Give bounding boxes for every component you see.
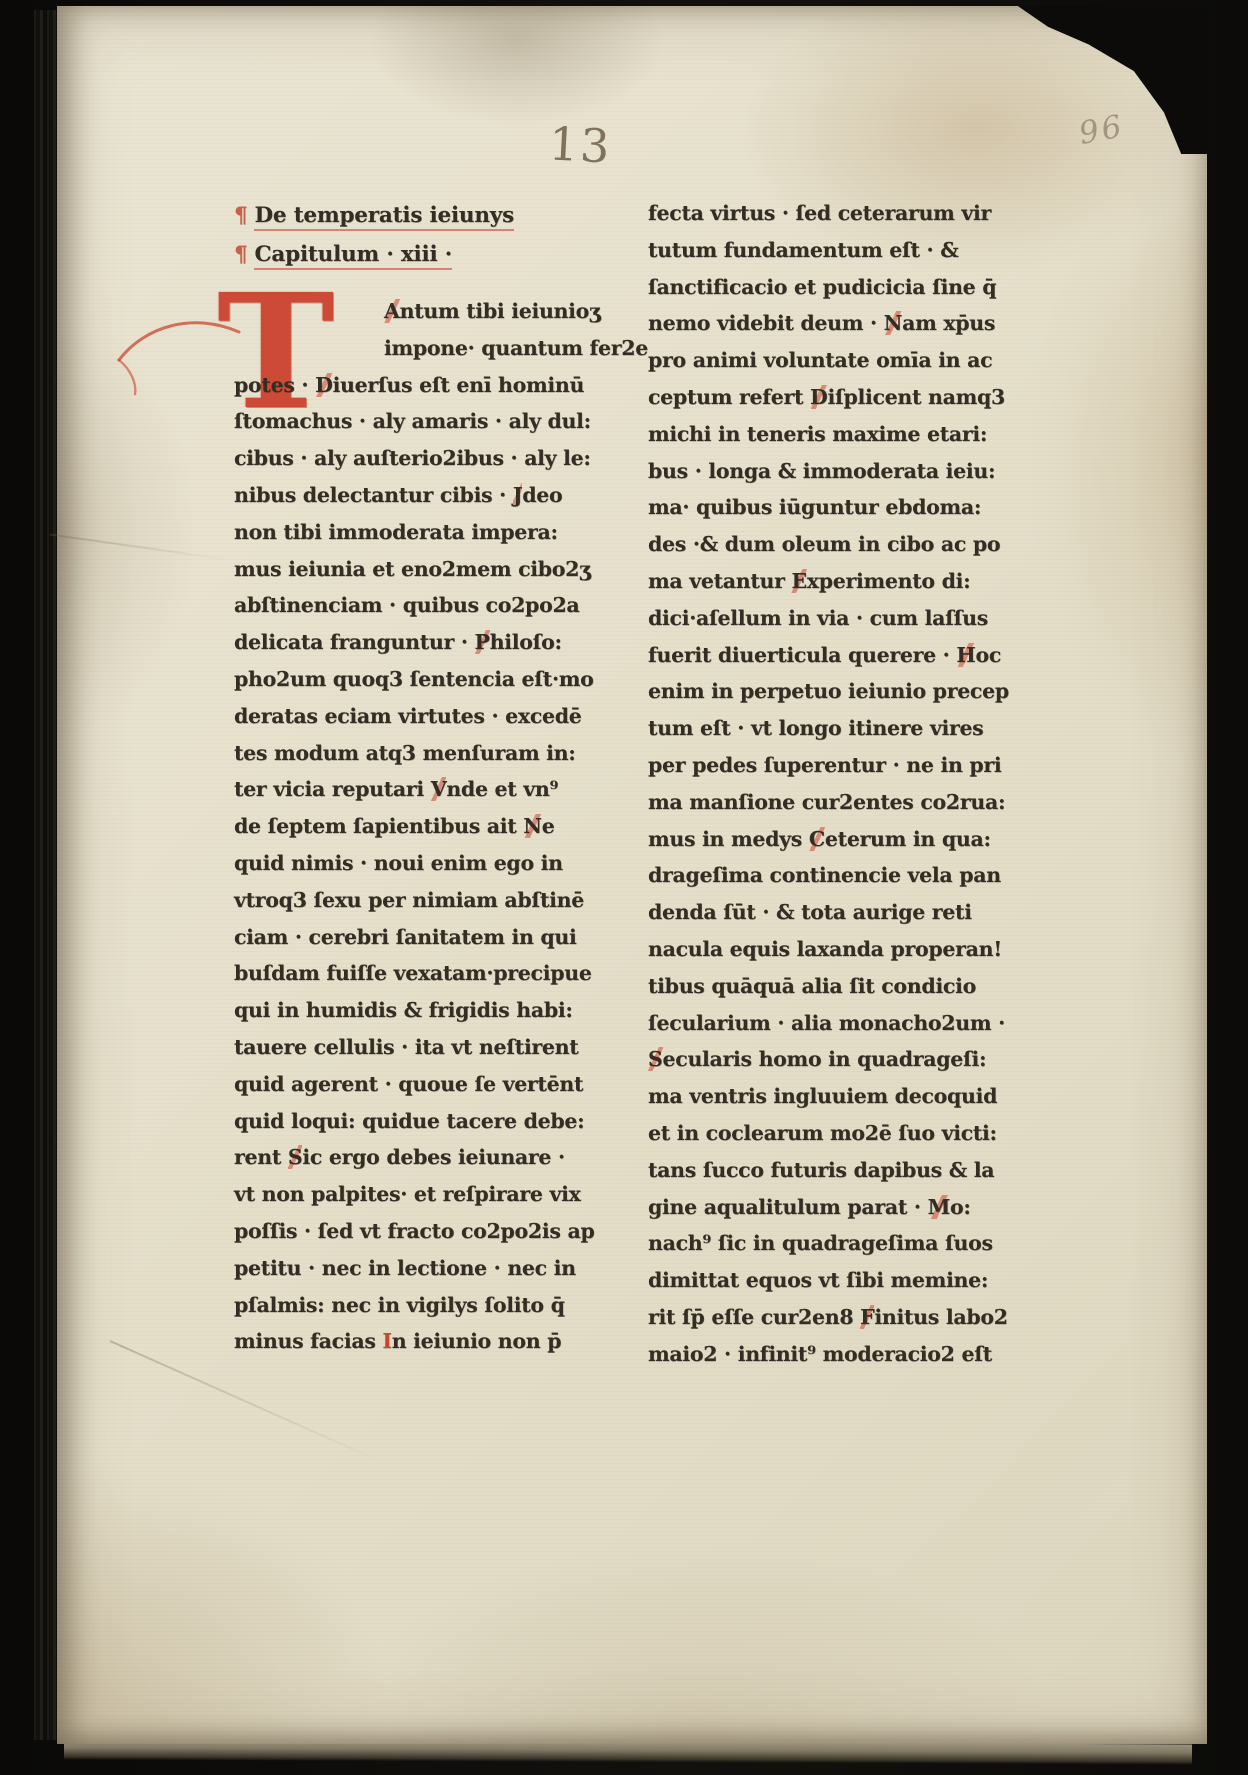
- text-segment: eterum in qua:: [825, 827, 991, 851]
- text-line: tans ſucco futuris dapibus & la: [648, 1152, 1009, 1189]
- manuscript-page: 13 96 ¶De temperatis ieiunys ¶Capitulum …: [57, 6, 1207, 1744]
- text-segment: mus ieiunia et eno2mem cibo2ʒ: [234, 557, 591, 581]
- text-segment: oc: [975, 643, 1001, 667]
- text-segment: poſſis · ſed vt fracto co2po2is ap: [234, 1219, 594, 1243]
- text-line: Antum tibi ieiunioʒ: [384, 293, 648, 330]
- text-segment: tes modum atq3 menſuram in:: [234, 741, 576, 765]
- text-line: pſalmis: nec in vigilys ſolito q̄: [234, 1287, 648, 1324]
- text-line: bus · longa & immoderata ieiu:: [648, 453, 1009, 490]
- text-line: impone· quantum fer2e: [384, 330, 648, 367]
- text-line: buſdam fuiſſe vexatam·precipue: [234, 955, 648, 992]
- heading-line-1: ¶De temperatis ieiunys: [234, 196, 514, 235]
- text-line: petitu · nec in lectione · nec in: [234, 1250, 648, 1287]
- text-line: maio2 · infinit⁹ moderacio2 eſt: [648, 1336, 1009, 1373]
- text-segment: pſalmis: nec in vigilys ſolito q̄: [234, 1293, 565, 1317]
- text-segment: e: [542, 814, 555, 838]
- text-segment: tibus quāquā alia ſit condicio: [648, 974, 976, 998]
- text-segment: tum eſt · vt longo itinere vires: [648, 716, 983, 740]
- text-segment: deratas eciam virtutes · excedē: [234, 704, 582, 728]
- rubricated-letter: N: [884, 311, 902, 335]
- text-line: minus facias In ieiunio non p̄: [234, 1323, 648, 1360]
- text-segment: buſdam fuiſſe vexatam·precipue: [234, 961, 592, 985]
- page-stack-edge-left: [34, 10, 58, 1740]
- text-segment: quid nimis · noui enim ego in: [234, 851, 563, 875]
- photograph-background: 13 96 ¶De temperatis ieiunys ¶Capitulum …: [0, 0, 1248, 1775]
- heading-text: De temperatis ieiunys: [254, 203, 514, 231]
- text-segment: nemo videbit deum ·: [648, 311, 884, 335]
- text-line: qui in humidis & frigidis habi:: [234, 992, 648, 1029]
- paragraph-mark-icon: ¶: [234, 203, 247, 228]
- text-line: deratas eciam virtutes · excedē: [234, 698, 648, 735]
- text-segment: iuerſus eſt enī hominū: [333, 373, 585, 397]
- text-segment: quid loqui: quidue tacere debe:: [234, 1109, 584, 1133]
- text-segment: drageſima continencie vela pan: [648, 863, 1001, 887]
- text-line: abſtinenciam · quibus co2po2a: [234, 587, 648, 624]
- rubricated-letter: C: [809, 827, 825, 851]
- rubricated-letter: N: [523, 814, 541, 838]
- text-segment: ic ergo debes ieiunare ·: [302, 1145, 564, 1169]
- text-segment: ma vetantur: [648, 569, 791, 593]
- text-segment: ma manſione cur2entes co2rua:: [648, 790, 1005, 814]
- text-segment: de ſeptem ſapientibus ait: [234, 814, 523, 838]
- text-segment: pho2um quoq3 ſentencia eſt·mo: [234, 667, 594, 691]
- text-line: enim in perpetuo ieiunio precep: [648, 673, 1009, 710]
- text-segment: denda ſūt · & tota aurige reti: [648, 900, 972, 924]
- text-line: Secularis homo in quadrageſi:: [648, 1041, 1009, 1078]
- text-segment: tauere cellulis · ita vt neſtirent: [234, 1035, 578, 1059]
- rubricated-letter: E: [791, 569, 806, 593]
- text-segment: ntum tibi ieiunioʒ: [400, 299, 601, 323]
- text-line: vtroq3 ſexu per nimiam abſtinē: [234, 882, 648, 919]
- rubricated-letter: D: [315, 373, 332, 397]
- text-segment: fecta virtus · ſed ceterarum vir: [648, 201, 991, 225]
- text-segment: ſanctificacio et pudicicia ſine q̄: [648, 275, 996, 299]
- text-segment: minus facias: [234, 1329, 382, 1353]
- text-line: dici·aſellum in via · cum laſſus: [648, 600, 1009, 637]
- rubricated-letter: F: [860, 1305, 874, 1329]
- text-line: rit ſp̄ eſſe cur2en8 Finitus labo2: [648, 1299, 1009, 1336]
- text-segment: rent: [234, 1145, 288, 1169]
- text-segment: vtroq3 ſexu per nimiam abſtinē: [234, 888, 584, 912]
- text-segment: cibus · aly auſterio2ibus · aly le:: [234, 446, 591, 470]
- text-segment: n ieiunio non p̄: [392, 1329, 562, 1353]
- text-segment: xperimento di:: [807, 569, 971, 593]
- text-line: nacula equis laxanda properan!: [648, 931, 1009, 968]
- text-segment: deo: [522, 483, 562, 507]
- text-line: potes · Diuerſus eſt enī hominū: [234, 367, 648, 404]
- text-line: ma vetantur Experimento di:: [648, 563, 1009, 600]
- text-line: ma ventris ingluuiem decoquid: [648, 1078, 1009, 1115]
- text-segment: rit ſp̄ eſſe cur2en8: [648, 1305, 860, 1329]
- text-line: de ſeptem ſapientibus ait Ne: [234, 808, 648, 845]
- text-line: fuerit diuerticula querere · Hoc: [648, 637, 1009, 674]
- text-line: nach⁹ ſic in quadrageſima ſuos: [648, 1225, 1009, 1262]
- rubricated-letter: V: [431, 777, 447, 801]
- rubricated-letter: A: [384, 299, 400, 323]
- rubricated-letter: I: [382, 1329, 391, 1353]
- text-segment: ecularis homo in quadrageſi:: [663, 1047, 987, 1071]
- rubricated-letter: P: [475, 630, 490, 654]
- text-segment: nacula equis laxanda properan!: [648, 937, 1002, 961]
- text-line: nemo videbit deum · Nam xp̄us: [648, 305, 1009, 342]
- text-segment: nde et vn⁹: [446, 777, 558, 801]
- text-segment: enim in perpetuo ieiunio precep: [648, 679, 1009, 703]
- text-segment: qui in humidis & frigidis habi:: [234, 998, 573, 1022]
- text-segment: gine aqualitulum parat ·: [648, 1195, 928, 1219]
- text-line: tutum fundamentum eſt · &: [648, 232, 1009, 269]
- text-segment: potes ·: [234, 373, 315, 397]
- text-segment: et in coclearum mo2ē ſuo victi:: [648, 1121, 997, 1145]
- text-segment: initus labo2: [874, 1305, 1007, 1329]
- text-line: gine aqualitulum parat · Mo:: [648, 1189, 1009, 1226]
- text-line: delicata franguntur · Philoſo:: [234, 624, 648, 661]
- text-line: poſſis · ſed vt fracto co2po2is ap: [234, 1213, 648, 1250]
- text-line: quid agerent · quoue ſe vertēnt: [234, 1066, 648, 1103]
- rubricated-letter: H: [956, 643, 975, 667]
- text-line: ſecularium · alia monacho2um ·: [648, 1005, 1009, 1042]
- text-line: quid nimis · noui enim ego in: [234, 845, 648, 882]
- text-column-right: fecta virtus · ſed ceterarum virtutum fu…: [648, 195, 1009, 1373]
- text-line: ter vicia reputari Vnde et vn⁹: [234, 771, 648, 808]
- text-segment: per pedes ſuperentur · ne in pri: [648, 753, 1001, 777]
- text-segment: dici·aſellum in via · cum laſſus: [648, 606, 988, 630]
- text-line: tum eſt · vt longo itinere vires: [648, 710, 1009, 747]
- text-segment: des ·& dum oleum in cibo ac po: [648, 532, 1000, 556]
- text-line: non tibi immoderata impera:: [234, 514, 648, 551]
- text-segment: ſecularium · alia monacho2um ·: [648, 1011, 1005, 1035]
- text-line: ma· quibus iūguntur ebdoma:: [648, 489, 1009, 526]
- text-line: ma manſione cur2entes co2rua:: [648, 784, 1009, 821]
- text-line: per pedes ſuperentur · ne in pri: [648, 747, 1009, 784]
- text-line: pho2um quoq3 ſentencia eſt·mo: [234, 661, 648, 698]
- text-segment: impone· quantum fer2e: [384, 336, 648, 360]
- text-segment: abſtinenciam · quibus co2po2a: [234, 593, 579, 617]
- text-line: nibus delectantur cibis · Jdeo: [234, 477, 648, 514]
- text-line: ceptum refert Diſplicent namq3: [648, 379, 1009, 416]
- text-segment: michi in teneris maxime etari:: [648, 422, 987, 446]
- text-segment: hiloſo:: [490, 630, 562, 654]
- text-segment: nach⁹ ſic in quadrageſima ſuos: [648, 1231, 993, 1255]
- text-line: tes modum atq3 menſuram in:: [234, 735, 648, 772]
- text-segment: delicata franguntur ·: [234, 630, 475, 654]
- text-segment: quid agerent · quoue ſe vertēnt: [234, 1072, 583, 1096]
- text-line: vt non palpites· et reſpirare vix: [234, 1176, 648, 1213]
- text-line: ſtomachus · aly amaris · aly dul:: [234, 403, 648, 440]
- text-line: pro animi voluntate omīa in ac: [648, 342, 1009, 379]
- folio-number-pencil: 96: [1076, 108, 1127, 152]
- text-line: quid loqui: quidue tacere debe:: [234, 1103, 648, 1140]
- text-line: et in coclearum mo2ē ſuo victi:: [648, 1115, 1009, 1152]
- text-line: des ·& dum oleum in cibo ac po: [648, 526, 1009, 563]
- text-segment: ciam · cerebri ſanitatem in qui: [234, 925, 577, 949]
- text-segment: dimittat equos vt ſibi memine:: [648, 1268, 988, 1292]
- text-segment: nibus delectantur cibis ·: [234, 483, 513, 507]
- text-segment: petitu · nec in lectione · nec in: [234, 1256, 576, 1280]
- text-segment: ter vicia reputari: [234, 777, 431, 801]
- text-segment: ceptum refert: [648, 385, 810, 409]
- text-segment: tutum fundamentum eſt · &: [648, 238, 958, 262]
- text-segment: mus in medys: [648, 827, 809, 851]
- text-segment: iſplicent namq3: [827, 385, 1005, 409]
- text-segment: ma ventris ingluuiem decoquid: [648, 1084, 997, 1108]
- paper-crease: [50, 533, 229, 560]
- rubricated-letter: M: [928, 1195, 950, 1219]
- text-line: ciam · cerebri ſanitatem in qui: [234, 919, 648, 956]
- text-line: michi in teneris maxime etari:: [648, 416, 1009, 453]
- text-line: mus ieiunia et eno2mem cibo2ʒ: [234, 551, 648, 588]
- text-segment: pro animi voluntate omīa in ac: [648, 348, 992, 372]
- text-line: drageſima continencie vela pan: [648, 857, 1009, 894]
- rubricated-letter: J: [513, 483, 522, 507]
- text-segment: fuerit diuerticula querere ·: [648, 643, 956, 667]
- text-segment: vt non palpites· et reſpirare vix: [234, 1182, 581, 1206]
- text-segment: tans ſucco futuris dapibus & la: [648, 1158, 994, 1182]
- folio-number-ink: 13: [548, 116, 613, 173]
- text-line: rent Sic ergo debes ieiunare ·: [234, 1139, 648, 1176]
- rubricated-letter: S: [648, 1047, 663, 1071]
- text-segment: maio2 · infinit⁹ moderacio2 eſt: [648, 1342, 992, 1366]
- text-line: tibus quāquā alia ſit condicio: [648, 968, 1009, 1005]
- rubricated-letter: S: [288, 1145, 303, 1169]
- text-segment: non tibi immoderata impera:: [234, 520, 558, 544]
- text-line: fecta virtus · ſed ceterarum vir: [648, 195, 1009, 232]
- text-segment: ſtomachus · aly amaris · aly dul:: [234, 409, 591, 433]
- text-line: denda ſūt · & tota aurige reti: [648, 894, 1009, 931]
- text-segment: ma· quibus iūguntur ebdoma:: [648, 495, 981, 519]
- rubricated-letter: D: [810, 385, 827, 409]
- text-segment: o:: [950, 1195, 971, 1219]
- text-segment: am xp̄us: [902, 311, 995, 335]
- text-line: mus in medys Ceterum in qua:: [648, 821, 1009, 858]
- text-line: tauere cellulis · ita vt neſtirent: [234, 1029, 648, 1066]
- text-segment: bus · longa & immoderata ieiu:: [648, 459, 995, 483]
- text-line: ſanctificacio et pudicicia ſine q̄: [648, 269, 1009, 306]
- text-column-left: Antum tibi ieiunioʒimpone· quantum fer2e…: [234, 293, 648, 1360]
- text-line: cibus · aly auſterio2ibus · aly le:: [234, 440, 648, 477]
- text-line: dimittat equos vt ſibi memine:: [648, 1262, 1009, 1299]
